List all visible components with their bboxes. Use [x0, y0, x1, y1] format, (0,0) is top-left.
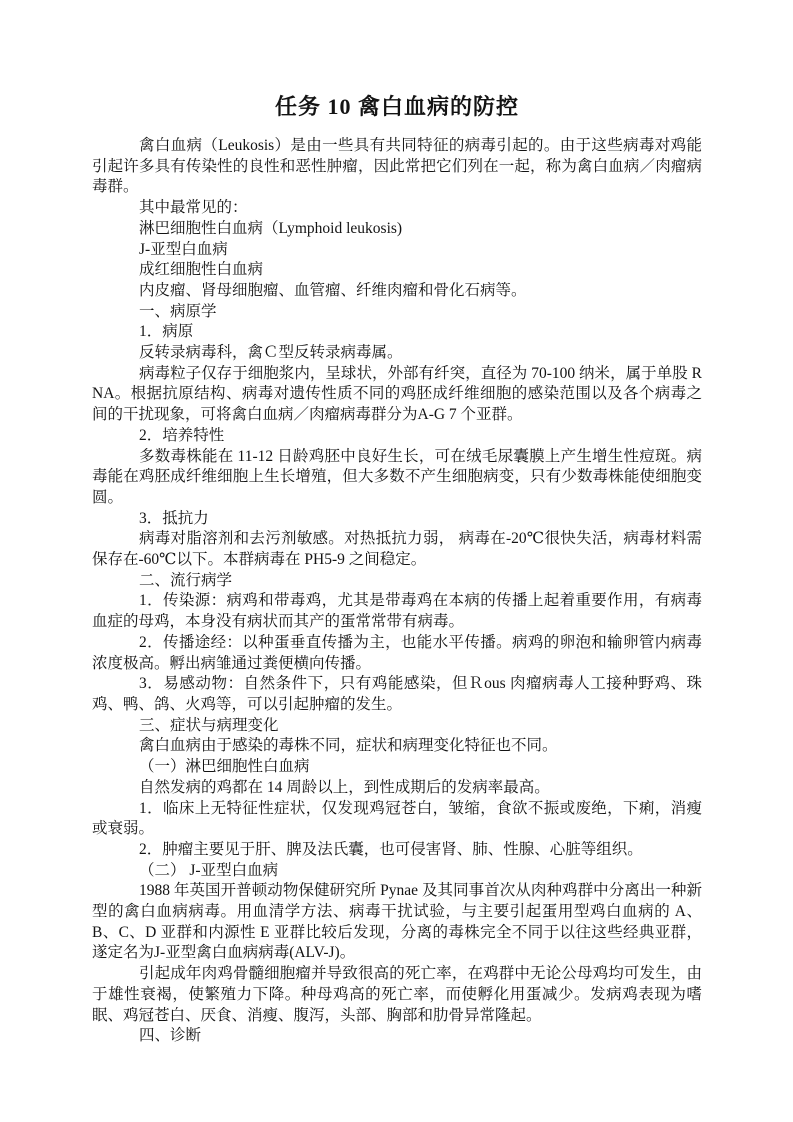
paragraph: 3．易感动物：自然条件下，只有鸡能感染，但Ｒous 肉瘤病毒人工接种野鸡、珠鸡、…: [92, 674, 702, 715]
paragraph: 多数毒株能在 11-12 日龄鸡胚中良好生长，可在绒毛尿囊膜上产生增生性痘斑。病…: [92, 447, 702, 509]
paragraph: （二） J-亚型白血病: [92, 861, 702, 882]
paragraph: 其中最常见的：: [92, 198, 702, 219]
paragraph: 自然发病的鸡都在 14 周龄以上，到性成期后的发病率最高。: [92, 778, 702, 799]
paragraph: 禽白血病由于感染的毒株不同，症状和病理变化特征也不同。: [92, 736, 702, 757]
paragraph: 三、症状与病理变化: [92, 716, 702, 737]
page-title: 任务 10 禽白血病的防控: [92, 92, 702, 122]
paragraph: 1．病原: [92, 322, 702, 343]
paragraph: 成红细胞性白血病: [92, 260, 702, 281]
paragraph: 禽白血病（Leukosis）是由一些具有共同特征的病毒引起的。由于这些病毒对鸡能…: [92, 136, 702, 198]
paragraph: 2．传播途经：以种蛋垂直传播为主，也能水平传播。病鸡的卵泡和输卵管内病毒浓度极高…: [92, 633, 702, 674]
paragraph: 病毒粒子仅存于细胞浆内，呈球状，外部有纤突，直径为 70-100 纳米，属于单股…: [92, 364, 702, 426]
paragraph: J-亚型白血病: [92, 240, 702, 261]
paragraph: 淋巴细胞性白血病（Lymphoid leukosis): [92, 219, 702, 240]
paragraph: 病毒对脂溶剂和去污剂敏感。对热抵抗力弱， 病毒在-20℃很快失活，病毒材料需保存…: [92, 529, 702, 570]
paragraph: （一）淋巴细胞性白血病: [92, 757, 702, 778]
paragraph: 1988 年英国开普顿动物保健研究所 Pynae 及其同事首次从肉种鸡群中分离出…: [92, 881, 702, 964]
paragraph: 1．传染源：病鸡和带毒鸡，尤其是带毒鸡在本病的传播上起着重要作用，有病毒血症的母…: [92, 591, 702, 632]
document-page: 任务 10 禽白血病的防控 禽白血病（Leukosis）是由一些具有共同特征的病…: [0, 0, 793, 1122]
document-content: 任务 10 禽白血病的防控 禽白血病（Leukosis）是由一些具有共同特征的病…: [92, 92, 702, 1047]
paragraph: 2．培养特性: [92, 426, 702, 447]
paragraph: 二、流行病学: [92, 571, 702, 592]
paragraph: 引起成年肉鸡骨髓细胞瘤并导致很高的死亡率，在鸡群中无论公母鸡均可发生，由于雄性衰…: [92, 964, 702, 1026]
paragraph: 内皮瘤、肾母细胞瘤、血管瘤、纤维肉瘤和骨化石病等。: [92, 281, 702, 302]
document-body: 禽白血病（Leukosis）是由一些具有共同特征的病毒引起的。由于这些病毒对鸡能…: [92, 136, 702, 1047]
paragraph: 反转录病毒科，禽Ｃ型反转录病毒属。: [92, 343, 702, 364]
paragraph: 四、诊断: [92, 1026, 702, 1047]
paragraph: 2．肿瘤主要见于肝、脾及法氏囊，也可侵害肾、肺、性腺、心脏等组织。: [92, 840, 702, 861]
paragraph: 1．临床上无特征性症状，仅发现鸡冠苍白，皱缩，食欲不振或废绝，下痢，消瘦或衰弱。: [92, 799, 702, 840]
paragraph: 一、病原学: [92, 302, 702, 323]
paragraph: 3．抵抗力: [92, 509, 702, 530]
